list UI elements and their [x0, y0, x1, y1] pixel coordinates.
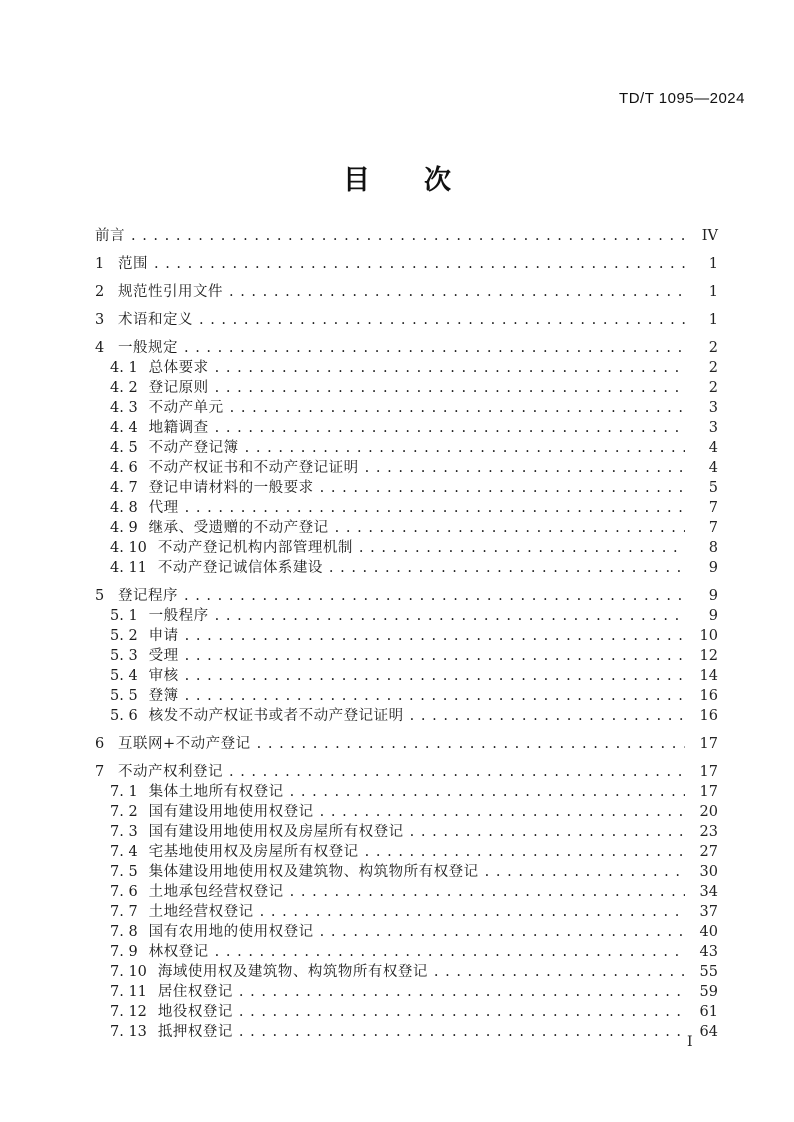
dot-leader: . . . . . . . . . . . . . . . . . . . . … — [410, 706, 685, 726]
dot-leader: . . . . . . . . . . . . . . . . . . . . … — [260, 902, 685, 922]
toc-entry: 4. 6不动产权证书和不动产登记证明. . . . . . . . . . . … — [95, 458, 718, 478]
dot-leader: . . . . . . . . . . . . . . . . . . . . … — [290, 882, 685, 902]
toc-entry-label: 集体土地所有权登记 — [149, 782, 284, 802]
toc-entry-number: 4. 4 — [110, 418, 138, 438]
toc-entry-number: 7. 11 — [110, 982, 147, 1002]
toc-entry-label: 审核 — [149, 666, 179, 686]
dot-leader: . . . . . . . . . . . . . . . . . . . . … — [215, 378, 685, 398]
dot-leader: . . . . . . . . . . . . . . . . . . . . … — [434, 962, 685, 982]
dot-leader: . . . . . . . . . . . . . . . . . . . . … — [320, 478, 685, 498]
toc-entry: 4. 4地籍调查. . . . . . . . . . . . . . . . … — [95, 418, 718, 438]
toc-entry-page: 4 — [691, 438, 718, 458]
toc-entry-page: 2 — [691, 358, 718, 378]
toc-entry-label: 互联网+不动产登记 — [118, 734, 251, 754]
toc-entry-label: 受理 — [149, 646, 179, 666]
dot-leader: . . . . . . . . . . . . . . . . . . . . … — [215, 418, 685, 438]
toc-entry-number: 7. 2 — [110, 802, 138, 822]
dot-leader: . . . . . . . . . . . . . . . . . . . . … — [184, 338, 685, 358]
toc-entry-number: 5. 4 — [110, 666, 138, 686]
toc-entry: 7. 6土地承包经营权登记. . . . . . . . . . . . . .… — [95, 882, 718, 902]
footer-page-number: I — [687, 1034, 693, 1050]
dot-leader: . . . . . . . . . . . . . . . . . . . . … — [185, 498, 685, 518]
toc-entry-number: 4. 7 — [110, 478, 138, 498]
dot-leader: . . . . . . . . . . . . . . . . . . . . … — [239, 982, 685, 1002]
toc-entry-number: 5. 3 — [110, 646, 138, 666]
toc-entry-page: 7 — [691, 518, 718, 538]
toc-entry-label: 术语和定义 — [118, 310, 193, 330]
document-page: TD/T 1095—2024 目 次 前言. . . . . . . . . .… — [0, 0, 794, 1122]
toc-entry: 4. 8代理. . . . . . . . . . . . . . . . . … — [95, 498, 718, 518]
toc-entry-number: 4. 6 — [110, 458, 138, 478]
toc-entry-label: 一般程序 — [149, 606, 209, 626]
doc-code: TD/T 1095—2024 — [619, 90, 745, 107]
toc-entry-number: 4 — [95, 338, 105, 358]
toc-entry: 7. 12地役权登记. . . . . . . . . . . . . . . … — [95, 1002, 718, 1022]
toc-entry-label: 宅基地使用权及房屋所有权登记 — [149, 842, 359, 862]
dot-leader: . . . . . . . . . . . . . . . . . . . . … — [131, 226, 685, 246]
toc-entry-number: 4. 8 — [110, 498, 138, 518]
toc-entry: 6互联网+不动产登记. . . . . . . . . . . . . . . … — [95, 734, 718, 754]
toc-entry: 4. 3不动产单元. . . . . . . . . . . . . . . .… — [95, 398, 718, 418]
dot-leader: . . . . . . . . . . . . . . . . . . . . … — [245, 438, 685, 458]
toc-entry-page: 17 — [691, 734, 718, 754]
toc-entry-label: 土地承包经营权登记 — [149, 882, 284, 902]
toc-entry-page: 37 — [691, 902, 718, 922]
dot-leader: . . . . . . . . . . . . . . . . . . . . … — [215, 606, 685, 626]
toc-entry-label: 集体建设用地使用权及建筑物、构筑物所有权登记 — [149, 862, 479, 882]
toc-entry: 7. 7土地经营权登记. . . . . . . . . . . . . . .… — [95, 902, 718, 922]
toc-entry-label: 海域使用权及建筑物、构筑物所有权登记 — [158, 962, 428, 982]
toc-entry-number: 7. 3 — [110, 822, 138, 842]
toc-entry-label: 申请 — [149, 626, 179, 646]
dot-leader: . . . . . . . . . . . . . . . . . . . . … — [365, 458, 685, 478]
dot-leader: . . . . . . . . . . . . . . . . . . . . … — [229, 762, 685, 782]
toc-entry-page: 27 — [691, 842, 718, 862]
toc-entry-page: 34 — [691, 882, 718, 902]
toc-entry-label: 登记申请材料的一般要求 — [149, 478, 314, 498]
toc-entry-page: 30 — [691, 862, 718, 882]
toc-entry-page: 64 — [691, 1022, 718, 1042]
toc-entry-label: 居住权登记 — [158, 982, 233, 1002]
toc-entry: 1范围. . . . . . . . . . . . . . . . . . .… — [95, 254, 718, 274]
toc-entry-page: 40 — [691, 922, 718, 942]
toc-entry-page: 9 — [691, 606, 718, 626]
toc-entry: 5. 5登簿. . . . . . . . . . . . . . . . . … — [95, 686, 718, 706]
toc-entry: 4. 1总体要求. . . . . . . . . . . . . . . . … — [95, 358, 718, 378]
toc-entry: 7. 3国有建设用地使用权及房屋所有权登记. . . . . . . . . .… — [95, 822, 718, 842]
toc-entry-number: 4. 2 — [110, 378, 138, 398]
dot-leader: . . . . . . . . . . . . . . . . . . . . … — [215, 358, 685, 378]
toc-entry-number: 2 — [95, 282, 105, 302]
toc-entry-page: 9 — [691, 586, 718, 606]
toc-entry-number: 6 — [95, 734, 105, 754]
toc-entry-label: 国有农用地的使用权登记 — [149, 922, 314, 942]
toc-entry-label: 林权登记 — [149, 942, 209, 962]
toc-entry-number: 5. 5 — [110, 686, 138, 706]
toc-entry: 5. 1一般程序. . . . . . . . . . . . . . . . … — [95, 606, 718, 626]
toc-entry-number: 5. 6 — [110, 706, 138, 726]
toc-entry: 4. 5不动产登记簿. . . . . . . . . . . . . . . … — [95, 438, 718, 458]
dot-leader: . . . . . . . . . . . . . . . . . . . . … — [185, 626, 685, 646]
toc-entry: 前言. . . . . . . . . . . . . . . . . . . … — [95, 226, 718, 246]
toc-entry-label: 范围 — [118, 254, 148, 274]
toc-entry-label: 国有建设用地使用权及房屋所有权登记 — [149, 822, 404, 842]
toc-entry-page: 14 — [691, 666, 718, 686]
toc-entry-page: 43 — [691, 942, 718, 962]
toc-entry: 7. 1集体土地所有权登记. . . . . . . . . . . . . .… — [95, 782, 718, 802]
toc-entry: 4. 10不动产登记机构内部管理机制. . . . . . . . . . . … — [95, 538, 718, 558]
toc-entry-page: 12 — [691, 646, 718, 666]
toc-entry: 2规范性引用文件. . . . . . . . . . . . . . . . … — [95, 282, 718, 302]
toc-entry-label: 登记程序 — [118, 586, 178, 606]
toc-entry-label: 地籍调查 — [149, 418, 209, 438]
toc-entry: 7不动产权利登记. . . . . . . . . . . . . . . . … — [95, 762, 718, 782]
toc-entry-number: 7. 13 — [110, 1022, 147, 1042]
toc-entry-label: 代理 — [149, 498, 179, 518]
toc-entry-page: IV — [691, 226, 718, 246]
toc-entry-page: 16 — [691, 686, 718, 706]
toc-entry-page: 1 — [691, 282, 718, 302]
toc-entry-label: 登记原则 — [149, 378, 209, 398]
toc-entry-label: 土地经营权登记 — [149, 902, 254, 922]
toc-entry-page: 17 — [691, 762, 718, 782]
toc-entry-label: 总体要求 — [149, 358, 209, 378]
dot-leader: . . . . . . . . . . . . . . . . . . . . … — [335, 518, 685, 538]
toc-entry-label: 规范性引用文件 — [118, 282, 223, 302]
dot-leader: . . . . . . . . . . . . . . . . . . . . … — [410, 822, 685, 842]
toc-entry-label: 一般规定 — [118, 338, 178, 358]
toc-entry-label: 前言 — [95, 226, 125, 246]
toc-entry: 4. 7登记申请材料的一般要求. . . . . . . . . . . . .… — [95, 478, 718, 498]
toc-entry: 7. 9林权登记. . . . . . . . . . . . . . . . … — [95, 942, 718, 962]
toc-entry-label: 国有建设用地使用权登记 — [149, 802, 314, 822]
dot-leader: . . . . . . . . . . . . . . . . . . . . … — [185, 686, 685, 706]
toc-entry-label: 不动产登记机构内部管理机制 — [158, 538, 353, 558]
toc-entry: 7. 10海域使用权及建筑物、构筑物所有权登记. . . . . . . . .… — [95, 962, 718, 982]
toc-entry-label: 核发不动产权证书或者不动产登记证明 — [149, 706, 404, 726]
toc-entry: 4. 2登记原则. . . . . . . . . . . . . . . . … — [95, 378, 718, 398]
toc-entry-number: 5. 1 — [110, 606, 138, 626]
toc-entry-label: 地役权登记 — [158, 1002, 233, 1022]
toc-entry-number: 7. 1 — [110, 782, 138, 802]
dot-leader: . . . . . . . . . . . . . . . . . . . . … — [485, 862, 685, 882]
toc-entry: 5. 2申请. . . . . . . . . . . . . . . . . … — [95, 626, 718, 646]
dot-leader: . . . . . . . . . . . . . . . . . . . . … — [199, 310, 685, 330]
dot-leader: . . . . . . . . . . . . . . . . . . . . … — [290, 782, 685, 802]
toc-entry: 4. 11不动产登记诚信体系建设. . . . . . . . . . . . … — [95, 558, 718, 578]
toc-entry-label: 抵押权登记 — [158, 1022, 233, 1042]
toc-entry-page: 2 — [691, 378, 718, 398]
dot-leader: . . . . . . . . . . . . . . . . . . . . … — [229, 282, 685, 302]
toc-entry-number: 3 — [95, 310, 105, 330]
toc-entry-label: 不动产权利登记 — [118, 762, 223, 782]
toc-entry-number: 4. 11 — [110, 558, 147, 578]
toc-entry: 7. 13抵押权登记. . . . . . . . . . . . . . . … — [95, 1022, 718, 1042]
toc-entry-label: 不动产登记簿 — [149, 438, 239, 458]
toc-list: 前言. . . . . . . . . . . . . . . . . . . … — [95, 218, 718, 1042]
toc-entry-page: 61 — [691, 1002, 718, 1022]
toc-entry-number: 4. 3 — [110, 398, 138, 418]
toc-entry: 5. 3受理. . . . . . . . . . . . . . . . . … — [95, 646, 718, 666]
toc-entry-number: 4. 1 — [110, 358, 138, 378]
toc-entry-number: 5. 2 — [110, 626, 138, 646]
toc-entry-label: 不动产登记诚信体系建设 — [158, 558, 323, 578]
toc-entry: 4一般规定. . . . . . . . . . . . . . . . . .… — [95, 338, 718, 358]
dot-leader: . . . . . . . . . . . . . . . . . . . . … — [257, 734, 685, 754]
toc-entry-label: 继承、受遗赠的不动产登记 — [149, 518, 329, 538]
dot-leader: . . . . . . . . . . . . . . . . . . . . … — [215, 942, 685, 962]
dot-leader: . . . . . . . . . . . . . . . . . . . . … — [184, 586, 685, 606]
toc-entry-page: 7 — [691, 498, 718, 518]
toc-entry-number: 7. 10 — [110, 962, 147, 982]
toc-entry-number: 5 — [95, 586, 105, 606]
dot-leader: . . . . . . . . . . . . . . . . . . . . … — [185, 646, 685, 666]
toc-entry: 3术语和定义. . . . . . . . . . . . . . . . . … — [95, 310, 718, 330]
toc-entry: 5. 4审核. . . . . . . . . . . . . . . . . … — [95, 666, 718, 686]
toc-entry-number: 4. 5 — [110, 438, 138, 458]
toc-entry-number: 7. 9 — [110, 942, 138, 962]
toc-entry-page: 55 — [691, 962, 718, 982]
toc-entry-number: 7. 6 — [110, 882, 138, 902]
toc-entry: 4. 9继承、受遗赠的不动产登记. . . . . . . . . . . . … — [95, 518, 718, 538]
dot-leader: . . . . . . . . . . . . . . . . . . . . … — [154, 254, 685, 274]
dot-leader: . . . . . . . . . . . . . . . . . . . . … — [185, 666, 685, 686]
dot-leader: . . . . . . . . . . . . . . . . . . . . … — [359, 538, 685, 558]
toc-entry-number: 7. 7 — [110, 902, 138, 922]
dot-leader: . . . . . . . . . . . . . . . . . . . . … — [239, 1022, 685, 1042]
toc-entry-page: 9 — [691, 558, 718, 578]
toc-entry: 5登记程序. . . . . . . . . . . . . . . . . .… — [95, 586, 718, 606]
page-title: 目 次 — [0, 158, 794, 197]
toc-entry-number: 7. 12 — [110, 1002, 147, 1022]
toc-entry-page: 20 — [691, 802, 718, 822]
toc-entry-page: 10 — [691, 626, 718, 646]
toc-entry: 7. 4宅基地使用权及房屋所有权登记. . . . . . . . . . . … — [95, 842, 718, 862]
toc-entry: 7. 5集体建设用地使用权及建筑物、构筑物所有权登记. . . . . . . … — [95, 862, 718, 882]
toc-entry-page: 3 — [691, 398, 718, 418]
toc-entry: 7. 2国有建设用地使用权登记. . . . . . . . . . . . .… — [95, 802, 718, 822]
toc-entry-number: 7. 4 — [110, 842, 138, 862]
toc-entry-number: 4. 10 — [110, 538, 147, 558]
toc-entry-page: 5 — [691, 478, 718, 498]
toc-entry-page: 1 — [691, 254, 718, 274]
toc-entry-page: 3 — [691, 418, 718, 438]
toc-entry-number: 7. 8 — [110, 922, 138, 942]
toc-entry: 5. 6核发不动产权证书或者不动产登记证明. . . . . . . . . .… — [95, 706, 718, 726]
toc-entry-number: 7 — [95, 762, 105, 782]
toc-entry: 7. 11居住权登记. . . . . . . . . . . . . . . … — [95, 982, 718, 1002]
toc-entry-page: 16 — [691, 706, 718, 726]
toc-entry-page: 4 — [691, 458, 718, 478]
dot-leader: . . . . . . . . . . . . . . . . . . . . … — [320, 922, 685, 942]
dot-leader: . . . . . . . . . . . . . . . . . . . . … — [365, 842, 685, 862]
toc-entry-page: 8 — [691, 538, 718, 558]
dot-leader: . . . . . . . . . . . . . . . . . . . . … — [239, 1002, 685, 1022]
toc-entry: 7. 8国有农用地的使用权登记. . . . . . . . . . . . .… — [95, 922, 718, 942]
dot-leader: . . . . . . . . . . . . . . . . . . . . … — [320, 802, 685, 822]
toc-entry-label: 不动产权证书和不动产登记证明 — [149, 458, 359, 478]
toc-entry-page: 2 — [691, 338, 718, 358]
dot-leader: . . . . . . . . . . . . . . . . . . . . … — [329, 558, 685, 578]
toc-entry-page: 23 — [691, 822, 718, 842]
toc-entry-page: 1 — [691, 310, 718, 330]
toc-entry-number: 7. 5 — [110, 862, 138, 882]
toc-entry-number: 4. 9 — [110, 518, 138, 538]
toc-entry-label: 登簿 — [149, 686, 179, 706]
toc-entry-number: 1 — [95, 254, 105, 274]
toc-entry-label: 不动产单元 — [149, 398, 224, 418]
toc-entry-page: 59 — [691, 982, 718, 1002]
dot-leader: . . . . . . . . . . . . . . . . . . . . … — [230, 398, 685, 418]
toc-entry-page: 17 — [691, 782, 718, 802]
